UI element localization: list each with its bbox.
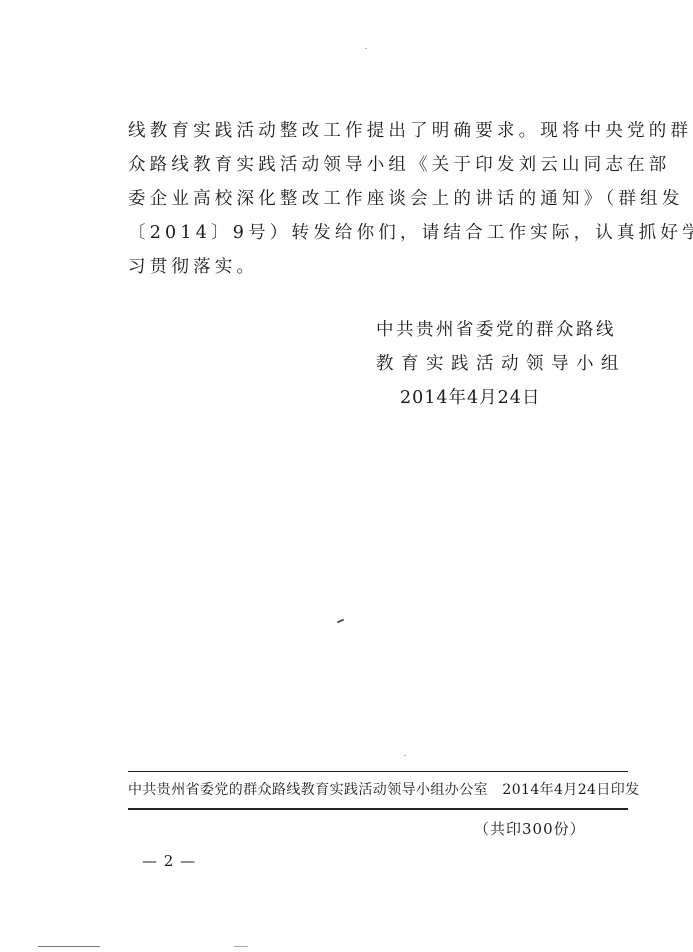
scan-speck	[365, 48, 367, 49]
page-number: — 2 —	[142, 849, 196, 873]
footer-bottom-rule	[128, 808, 628, 810]
body-paragraph: 线教育实践活动整改工作提出了明确要求。现将中央党的群 众路线教育实践活动领导小组…	[128, 114, 624, 284]
body-line-4: 〔2014〕9号）转发给你们，请结合工作实际，认真抓好学	[128, 216, 624, 250]
body-line-5: 习贯彻落实。	[128, 250, 624, 284]
signature-org-line-2: 教育实践活动领导小组	[376, 347, 636, 381]
signature-org-line-1: 中共贵州省委党的群众路线	[376, 313, 636, 347]
footer-top-rule	[128, 771, 628, 772]
scan-artifact	[38, 946, 100, 947]
scan-speck	[337, 619, 344, 624]
signature-date: 2014年4月24日	[376, 381, 636, 415]
scan-artifact	[234, 946, 248, 947]
body-line-2: 众路线教育实践活动领导小组《关于印发刘云山同志在部	[128, 148, 624, 182]
signature-block: 中共贵州省委党的群众路线 教育实践活动领导小组 2014年4月24日	[376, 313, 636, 415]
footer-copies: （共印300份）	[474, 817, 586, 841]
body-line-1: 线教育实践活动整改工作提出了明确要求。现将中央党的群	[128, 114, 624, 148]
scan-speck	[404, 755, 406, 756]
footer-issuer: 中共贵州省委党的群众路线教育实践活动领导小组办公室 2014年4月24日印发	[128, 776, 628, 804]
body-line-3: 委企业高校深化整改工作座谈会上的讲话的通知》（群组发	[128, 182, 624, 216]
